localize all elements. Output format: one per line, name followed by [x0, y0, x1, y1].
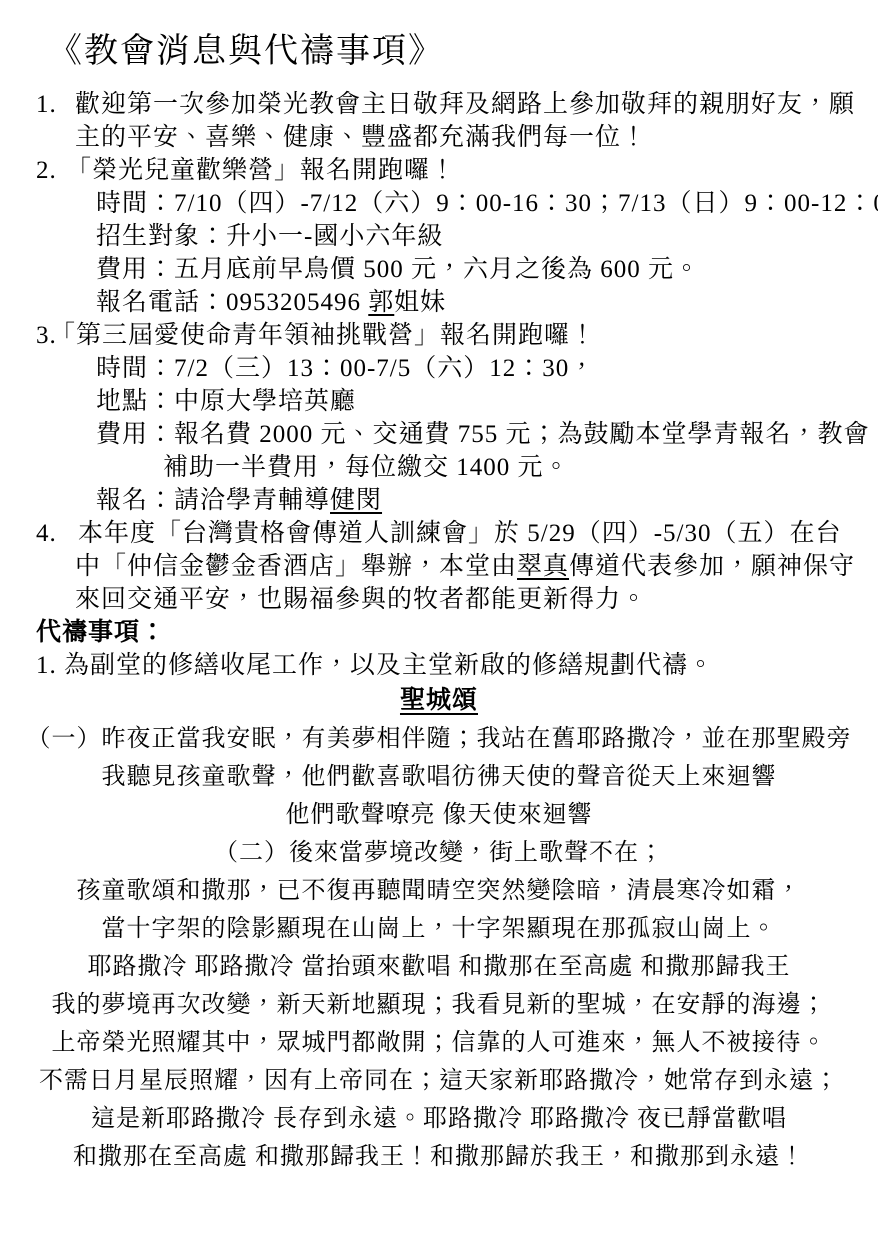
hymn-line-3: 他們歌聲嘹亮 像天使來迴響 — [0, 796, 878, 834]
prayer-section-heading: 代禱事項： — [0, 616, 878, 649]
hymn-line-2: 我聽見孩童歌聲，他們歡喜歌唱彷彿天使的聲音從天上來迴響 — [0, 758, 878, 796]
hymn-title: 聖城頌 — [0, 684, 878, 717]
phone-text: 報名電話：0953205496 — [96, 289, 368, 316]
announcement-3-place: 地點：中原大學培英廳 — [0, 385, 878, 418]
announcement-1-line-2: 主的平安、喜樂、健康、豐盛都充滿我們每一位！ — [0, 121, 878, 154]
announcement-3-signup: 報名：請洽學青輔導健閔 — [0, 484, 878, 517]
announcement-1-text: 歡迎第一次參加榮光教會主日敬拜及網路上參加敬拜的親朋好友，願 — [75, 91, 855, 118]
hymn-line-8: 我的夢境再次改變，新天新地顯現；我看見新的聖城，在安靜的海邊； — [0, 986, 878, 1024]
document-page: 《教會消息與代禱事項》 1.歡迎第一次參加榮光教會主日敬拜及網路上參加敬拜的親朋… — [0, 0, 878, 1241]
hymn-line-11: 這是新耶路撒冷 長存到永遠。耶路撒冷 耶路撒冷 夜已靜當歡唱 — [0, 1100, 878, 1138]
announcement-3-title: 「第三屆愛使命青年領袖挑戰營」報名開跑囉！ — [50, 322, 596, 349]
contact-name-underlined: 健閔 — [330, 487, 382, 514]
announcement-3-fee-line-2: 補助一半費用，每位繳交 1400 元。 — [0, 451, 878, 484]
announcement-3-fee-line-1: 費用：報名費 2000 元、交通費 755 元；為鼓勵本堂學青報名，教會 — [0, 418, 878, 451]
item-number: 2. — [36, 154, 66, 187]
announcement-4-text: 本年度「台灣貴格會傳道人訓練會」於 5/29（四）-5/30（五）在台 — [78, 520, 841, 547]
announcement-2-phone: 報名電話：0953205496 郭姐妹 — [0, 286, 878, 319]
announcement-1-line-1: 1.歡迎第一次參加榮光教會主日敬拜及網路上參加敬拜的親朋好友，願 — [0, 88, 878, 121]
hymn-line-9: 上帝榮光照耀其中，眾城門都敞開；信靠的人可進來，無人不被接待。 — [0, 1024, 878, 1062]
hymn-lyrics: （一）昨夜正當我安眠，有美夢相伴隨；我站在舊耶路撒冷，並在那聖殿旁 我聽見孩童歌… — [0, 720, 878, 1176]
announcement-2-time: 時間：7/10（四）-7/12（六）9：00-16：30；7/13（日）9：00… — [0, 187, 878, 220]
announcement-3-title-line: 3.「第三屆愛使命青年領袖挑戰營」報名開跑囉！ — [0, 319, 878, 352]
prayer-item-1: 1. 為副堂的修繕收尾工作，以及主堂新啟的修繕規劃代禱。 — [0, 649, 878, 682]
hymn-line-10: 不需日月星辰照耀，因有上帝同在；這天家新耶路撒冷，她常存到永遠； — [0, 1062, 878, 1100]
hymn-line-12: 和撒那在至高處 和撒那歸我王！和撒那歸於我王，和撒那到永遠！ — [0, 1138, 878, 1176]
contact-name-rest: 姐妹 — [394, 289, 446, 316]
contact-name-underlined: 翠真 — [517, 553, 569, 580]
item-number: 3. — [36, 319, 50, 352]
announcement-4-text: 中「仲信金鬱金香酒店」舉辦，本堂由 — [75, 553, 517, 580]
hymn-line-6: 當十字架的陰影顯現在山崗上，十字架顯現在那孤寂山崗上。 — [0, 910, 878, 948]
signup-text: 報名：請洽學青輔導 — [96, 487, 330, 514]
announcement-4-line-1: 4.本年度「台灣貴格會傳道人訓練會」於 5/29（四）-5/30（五）在台 — [0, 517, 878, 550]
item-number: 1. — [36, 88, 75, 121]
announcement-4-line-2: 中「仲信金鬱金香酒店」舉辦，本堂由翠真傳道代表參加，願神保守 — [0, 550, 878, 583]
announcement-2-title-line: 2.「榮光兒童歡樂營」報名開跑囉！ — [0, 154, 878, 187]
hymn-title-text: 聖城頌 — [400, 687, 478, 714]
announcement-4-line-3: 來回交通平安，也賜福參與的牧者都能更新得力。 — [0, 583, 878, 616]
hymn-line-7: 耶路撒冷 耶路撒冷 當抬頭來歡唱 和撒那在至高處 和撒那歸我王 — [0, 948, 878, 986]
item-number: 4. — [36, 517, 78, 550]
announcement-2-target: 招生對象：升小一-國小六年級 — [0, 220, 878, 253]
hymn-line-5: 孩童歌頌和撒那，已不復再聽聞晴空突然變陰暗，清晨寒冷如霜， — [0, 872, 878, 910]
announcement-2-title: 「榮光兒童歡樂營」報名開跑囉！ — [66, 157, 456, 184]
announcement-3-time: 時間：7/2（三）13：00-7/5（六）12：30， — [0, 352, 878, 385]
contact-name-underlined: 郭 — [368, 289, 394, 316]
announcement-2-fee: 費用：五月底前早鳥價 500 元，六月之後為 600 元。 — [0, 253, 878, 286]
announcement-4-text: 傳道代表參加，願神保守 — [569, 553, 855, 580]
hymn-line-1: （一）昨夜正當我安眠，有美夢相伴隨；我站在舊耶路撒冷，並在那聖殿旁 — [0, 720, 878, 758]
hymn-line-4: （二）後來當夢境改變，街上歌聲不在； — [0, 834, 878, 872]
document-title: 《教會消息與代禱事項》 — [48, 28, 878, 76]
